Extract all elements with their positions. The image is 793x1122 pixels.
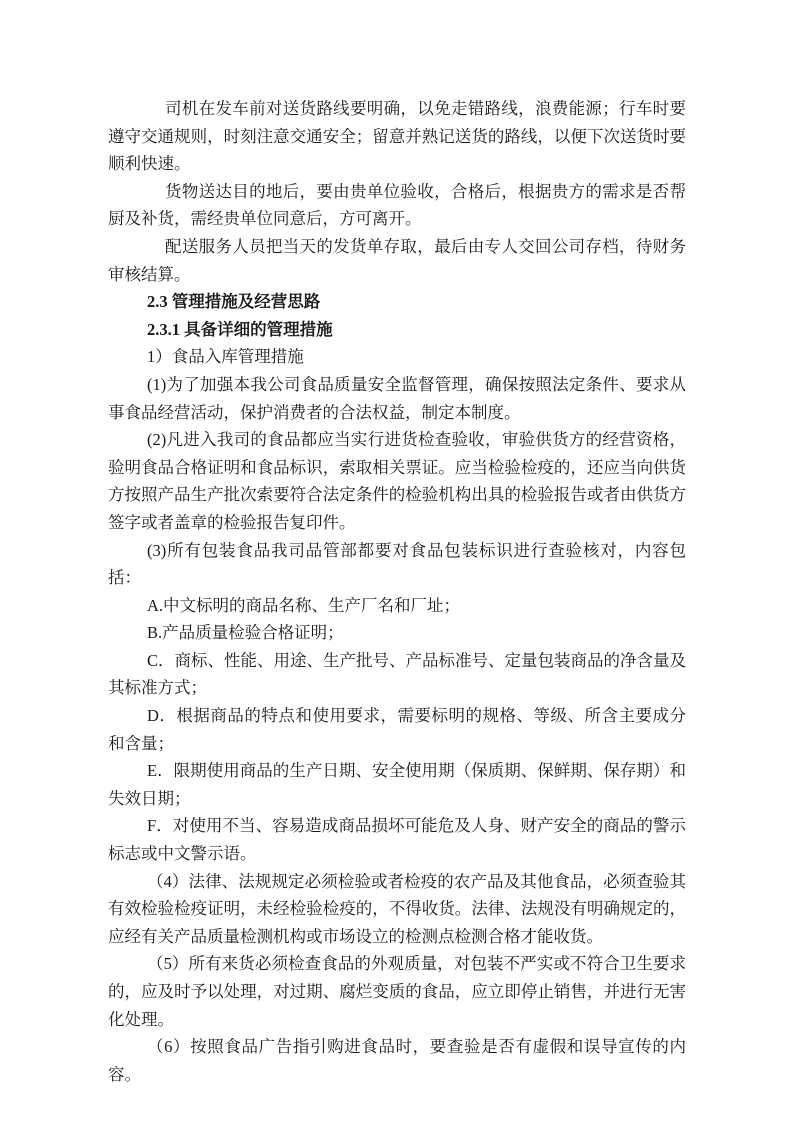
paragraph: A.中文标明的商品名称、生产厂名和厂址； [108, 592, 686, 620]
paragraph: 1）食品入库管理措施 [108, 343, 686, 371]
paragraph: （4）法律、法规规定必须检验或者检疫的农产品及其他食品，必须查验其有效检验检疫证… [108, 868, 686, 951]
paragraph: 货物送达目的地后，要由贵单位验收，合格后，根据贵方的需求是否帮厨及补货，需经贵单… [108, 178, 686, 233]
paragraph: D．根据商品的特点和使用要求，需要标明的规格、等级、所含主要成分和含量； [108, 702, 686, 757]
document-content: 司机在发车前对送货路线要明确，以免走错路线，浪费能源；行车时要遵守交通规则，时刻… [108, 95, 686, 1088]
paragraph: （5）所有来货必须检查食品的外观质量，对包装不严实或不符合卫生要求的，应及时予以… [108, 950, 686, 1033]
section-heading: 2.3 管理措施及经营思路 [108, 288, 686, 316]
paragraph: B.产品质量检验合格证明； [108, 619, 686, 647]
paragraph: E．限期使用商品的生产日期、安全使用期（保质期、保鲜期、保存期）和失效日期； [108, 757, 686, 812]
document-page: 司机在发车前对送货路线要明确，以免走错路线，浪费能源；行车时要遵守交通规则，时刻… [0, 0, 793, 1122]
paragraph: F．对使用不当、容易造成商品损坏可能危及人身、财产安全的商品的警示标志或中文警示… [108, 812, 686, 867]
paragraph: 配送服务人员把当天的发货单存取，最后由专人交回公司存档，待财务审核结算。 [108, 233, 686, 288]
paragraph: (2)凡进入我司的食品都应当实行进货检查验收，审验供货方的经营资格，验明食品合格… [108, 426, 686, 536]
paragraph: 司机在发车前对送货路线要明确，以免走错路线，浪费能源；行车时要遵守交通规则，时刻… [108, 95, 686, 178]
section-heading: 2.3.1 具备详细的管理措施 [108, 316, 686, 344]
paragraph: (1)为了加强本我公司食品质量安全监督管理，确保按照法定条件、要求从事食品经营活… [108, 371, 686, 426]
paragraph: C．商标、性能、用途、生产批号、产品标准号、定量包装商品的净含量及其标准方式； [108, 647, 686, 702]
paragraph: （6）按照食品广告指引购进食品时，要查验是否有虚假和误导宣传的内容。 [108, 1033, 686, 1088]
paragraph: (3)所有包装食品我司品管部都要对食品包装标识进行查验核对，内容包括： [108, 537, 686, 592]
